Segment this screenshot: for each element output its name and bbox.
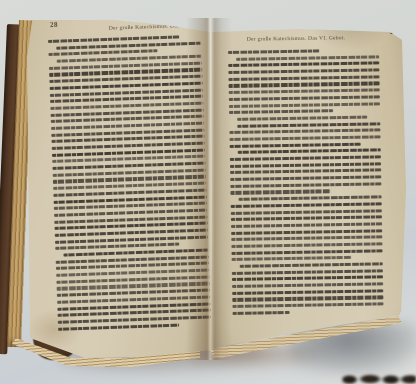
text-line <box>230 142 361 147</box>
text-line <box>232 302 383 308</box>
text-line <box>236 55 379 61</box>
text-line <box>233 311 290 315</box>
text-line <box>230 190 330 195</box>
text-line <box>232 256 352 261</box>
text-line <box>48 50 158 57</box>
text-line <box>231 222 382 228</box>
text-line <box>228 62 379 68</box>
text-line <box>229 102 380 108</box>
body-text-right <box>228 48 384 318</box>
text-line <box>58 323 179 330</box>
page-number-right: 29 <box>390 28 398 36</box>
text-line <box>229 88 380 94</box>
text-line <box>228 75 379 81</box>
text-line <box>232 249 383 255</box>
text-line <box>48 35 180 43</box>
text-line <box>239 262 382 268</box>
text-line <box>230 135 381 141</box>
text-line <box>230 155 381 161</box>
text-line <box>55 235 208 243</box>
background-dark-objects <box>342 373 416 384</box>
text-line <box>228 68 379 74</box>
text-line <box>231 216 382 222</box>
text-line <box>229 82 380 88</box>
text-line <box>230 175 381 181</box>
text-line <box>55 243 179 250</box>
text-line <box>231 202 382 208</box>
text-line <box>237 115 368 120</box>
text-line <box>231 236 382 242</box>
photo-backdrop: 28 Der große Katechismus. Das VI. Gebot.… <box>0 0 416 384</box>
text-line <box>231 229 382 235</box>
text-line <box>231 242 382 248</box>
book-page-right: Der große Katechismus. Das VI. Gebot. 29 <box>206 0 412 375</box>
text-line <box>232 269 383 275</box>
text-line <box>230 162 381 168</box>
book-page-left: 28 Der große Katechismus. Das VI. Gebot. <box>14 0 214 375</box>
text-line <box>232 282 383 288</box>
body-text-left <box>48 35 211 334</box>
text-line <box>237 122 380 128</box>
running-title-right: Der große Katechismus. Das VI. Gebot. <box>238 35 354 43</box>
running-title-left: Der große Katechismus. Das VI. Gebot. <box>98 22 218 32</box>
text-line <box>229 129 380 135</box>
text-line <box>58 315 211 323</box>
text-line <box>232 276 383 282</box>
text-line <box>237 149 380 155</box>
text-line <box>232 289 383 295</box>
page-number-left: 28 <box>50 21 58 29</box>
text-line <box>228 49 320 54</box>
text-line <box>56 41 201 49</box>
text-line <box>231 209 382 215</box>
text-line <box>230 182 381 188</box>
text-line <box>229 95 380 101</box>
text-line <box>232 296 383 302</box>
text-line <box>238 195 381 201</box>
text-line <box>230 169 381 175</box>
text-line <box>229 109 333 114</box>
